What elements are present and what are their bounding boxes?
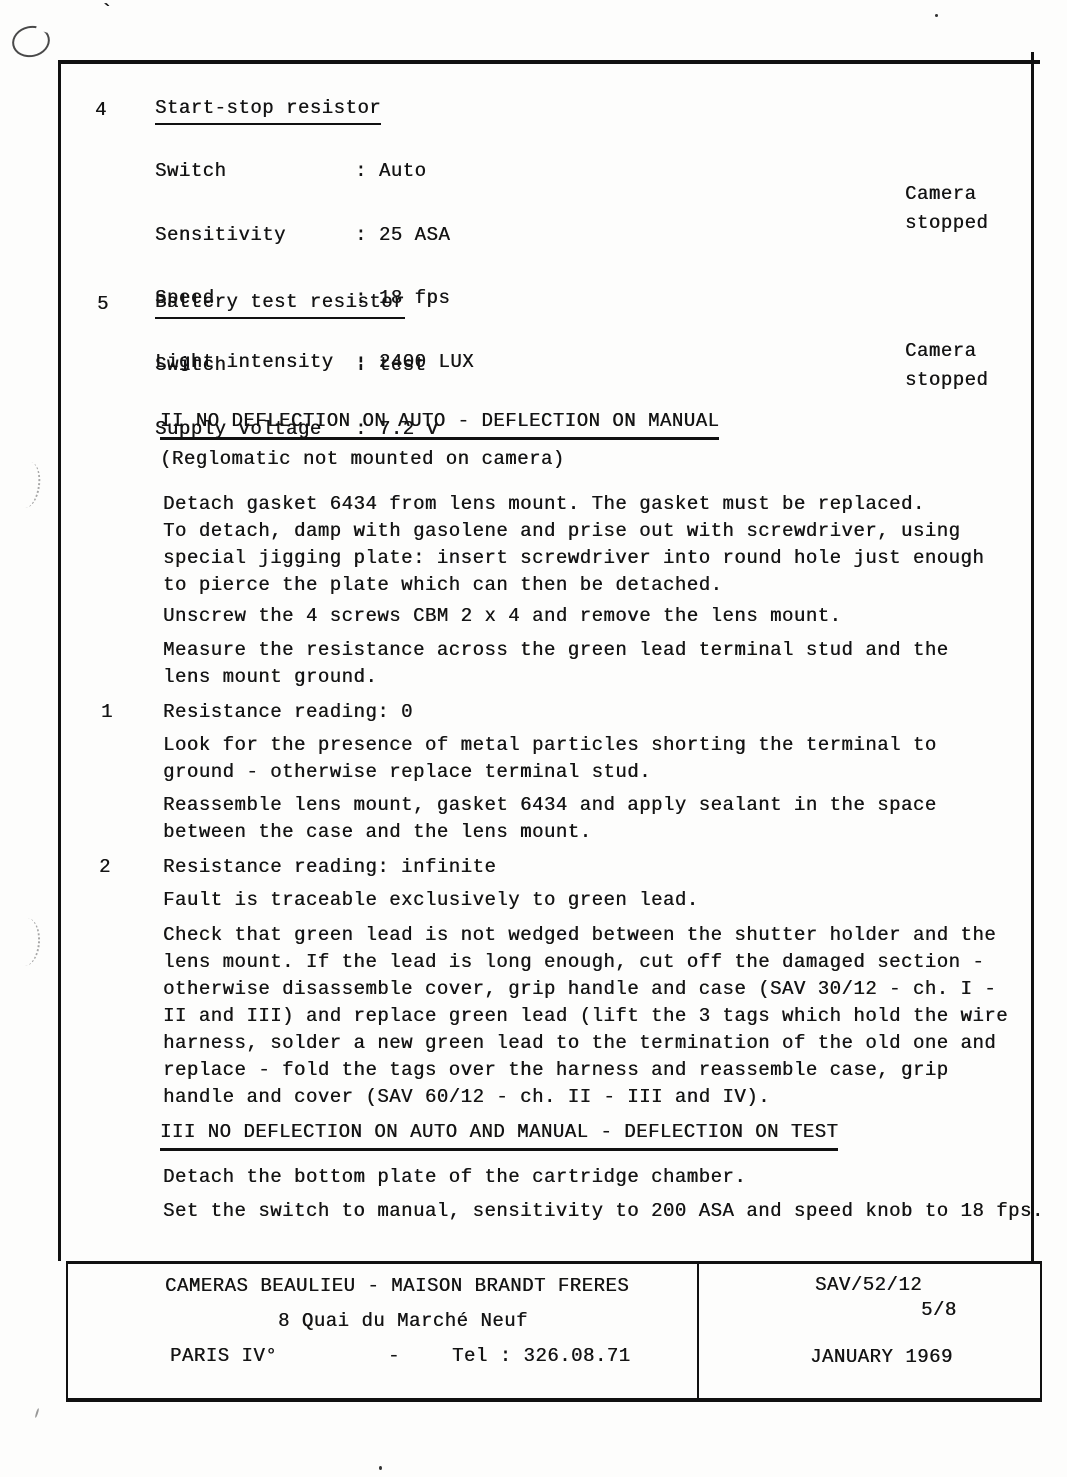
section-5-title: Battery test resistor [155,289,405,319]
spec-label: Switch [155,158,355,185]
punch-hole-mark [9,22,53,60]
section-iii-heading: III NO DEFLECTION ON AUTO AND MANUAL - D… [160,1119,838,1151]
section-iii-heading-text: III NO DEFLECTION ON AUTO AND MANUAL - D… [160,1119,838,1151]
spec-value: test [379,354,427,376]
footer-divider [697,1264,699,1398]
section-4-title: Start-stop resistor [155,95,381,125]
page-border-left [58,62,61,1261]
spec-row-switch: Switch: Auto [155,158,474,195]
footer-date: JANUARY 1969 [810,1344,953,1371]
footer-company: CAMERAS BEAULIEU - MAISON BRANDT FRERES [165,1273,629,1300]
footer-doc-reference: SAV/52/12 [815,1272,922,1299]
camera-stopped-note-1: Camera stopped [905,180,988,238]
spec-value: 25 ASA [379,224,450,246]
speck-dot-bottom [379,1466,382,1470]
scanned-service-manual-page: ` 4 Start-stop resistor Switch: Auto Sen… [0,0,1067,1477]
section-4-number: 4 [95,97,107,124]
camera-stopped-note-2: Camera stopped [905,337,988,395]
section-ii-heading: II NO DEFLECTION ON AUTO - DEFLECTION ON… [160,408,719,440]
spec-value: Auto [379,160,427,182]
footer-address: 8 Quai du Marché Neuf [278,1308,528,1335]
paragraph-detach-gasket: Detach gasket 6434 from lens mount. The … [163,491,984,599]
paragraph-look-for-particles: Look for the presence of metal particles… [163,732,937,786]
page-border-top [58,60,1040,64]
punch-hole-gap [36,20,51,33]
footer-dash: - [388,1343,400,1370]
paragraph-unscrew-screws: Unscrew the 4 screws CBM 2 x 4 and remov… [163,603,841,630]
spec-separator: : [355,160,367,182]
speck-mark-bottom-left [35,1408,40,1418]
item-1-number: 1 [101,699,113,726]
item-1-title: Resistance reading: 0 [163,699,413,726]
section-ii-subnote: (Reglomatic not mounted on camera) [160,446,565,473]
margin-scribble-2 [10,917,41,967]
footer-telephone: Tel : 326.08.71 [452,1343,631,1370]
paragraph-reassemble-lens-mount: Reassemble lens mount, gasket 6434 and a… [163,792,937,846]
paragraph-detach-bottom-plate: Detach the bottom plate of the cartridge… [163,1164,746,1191]
paragraph-set-switch-manual: Set the switch to manual, sensitivity to… [163,1198,1044,1225]
speck-dot-top-right [935,14,938,17]
section-5-number: 5 [97,291,109,318]
item-2-number: 2 [99,854,111,881]
section-ii-heading-text: II NO DEFLECTION ON AUTO - DEFLECTION ON… [160,408,719,440]
item-2-title: Resistance reading: infinite [163,854,496,881]
section-4-title-text: Start-stop resistor [155,95,381,125]
paragraph-check-green-lead: Check that green lead is not wedged betw… [163,922,1008,1111]
spec-row-sensitivity: Sensitivity: 25 ASA [155,222,474,259]
spec-separator: : [355,354,367,376]
margin-scribble-1 [13,461,43,510]
paragraph-fault-green-lead: Fault is traceable exclusively to green … [163,887,699,914]
spec-label: Switch [155,352,355,379]
page-border-right [1031,52,1034,1261]
paragraph-measure-resistance: Measure the resistance across the green … [163,637,949,691]
spec-label: Sensitivity [155,222,355,249]
speck-mark-top: ` [100,0,114,27]
spec-row-switch: Switch: test [155,352,438,389]
spec-separator: : [355,224,367,246]
section-5-title-text: Battery test resistor [155,289,405,319]
footer-city: PARIS IV° [170,1343,277,1370]
footer-page-number: 5/8 [921,1297,957,1324]
